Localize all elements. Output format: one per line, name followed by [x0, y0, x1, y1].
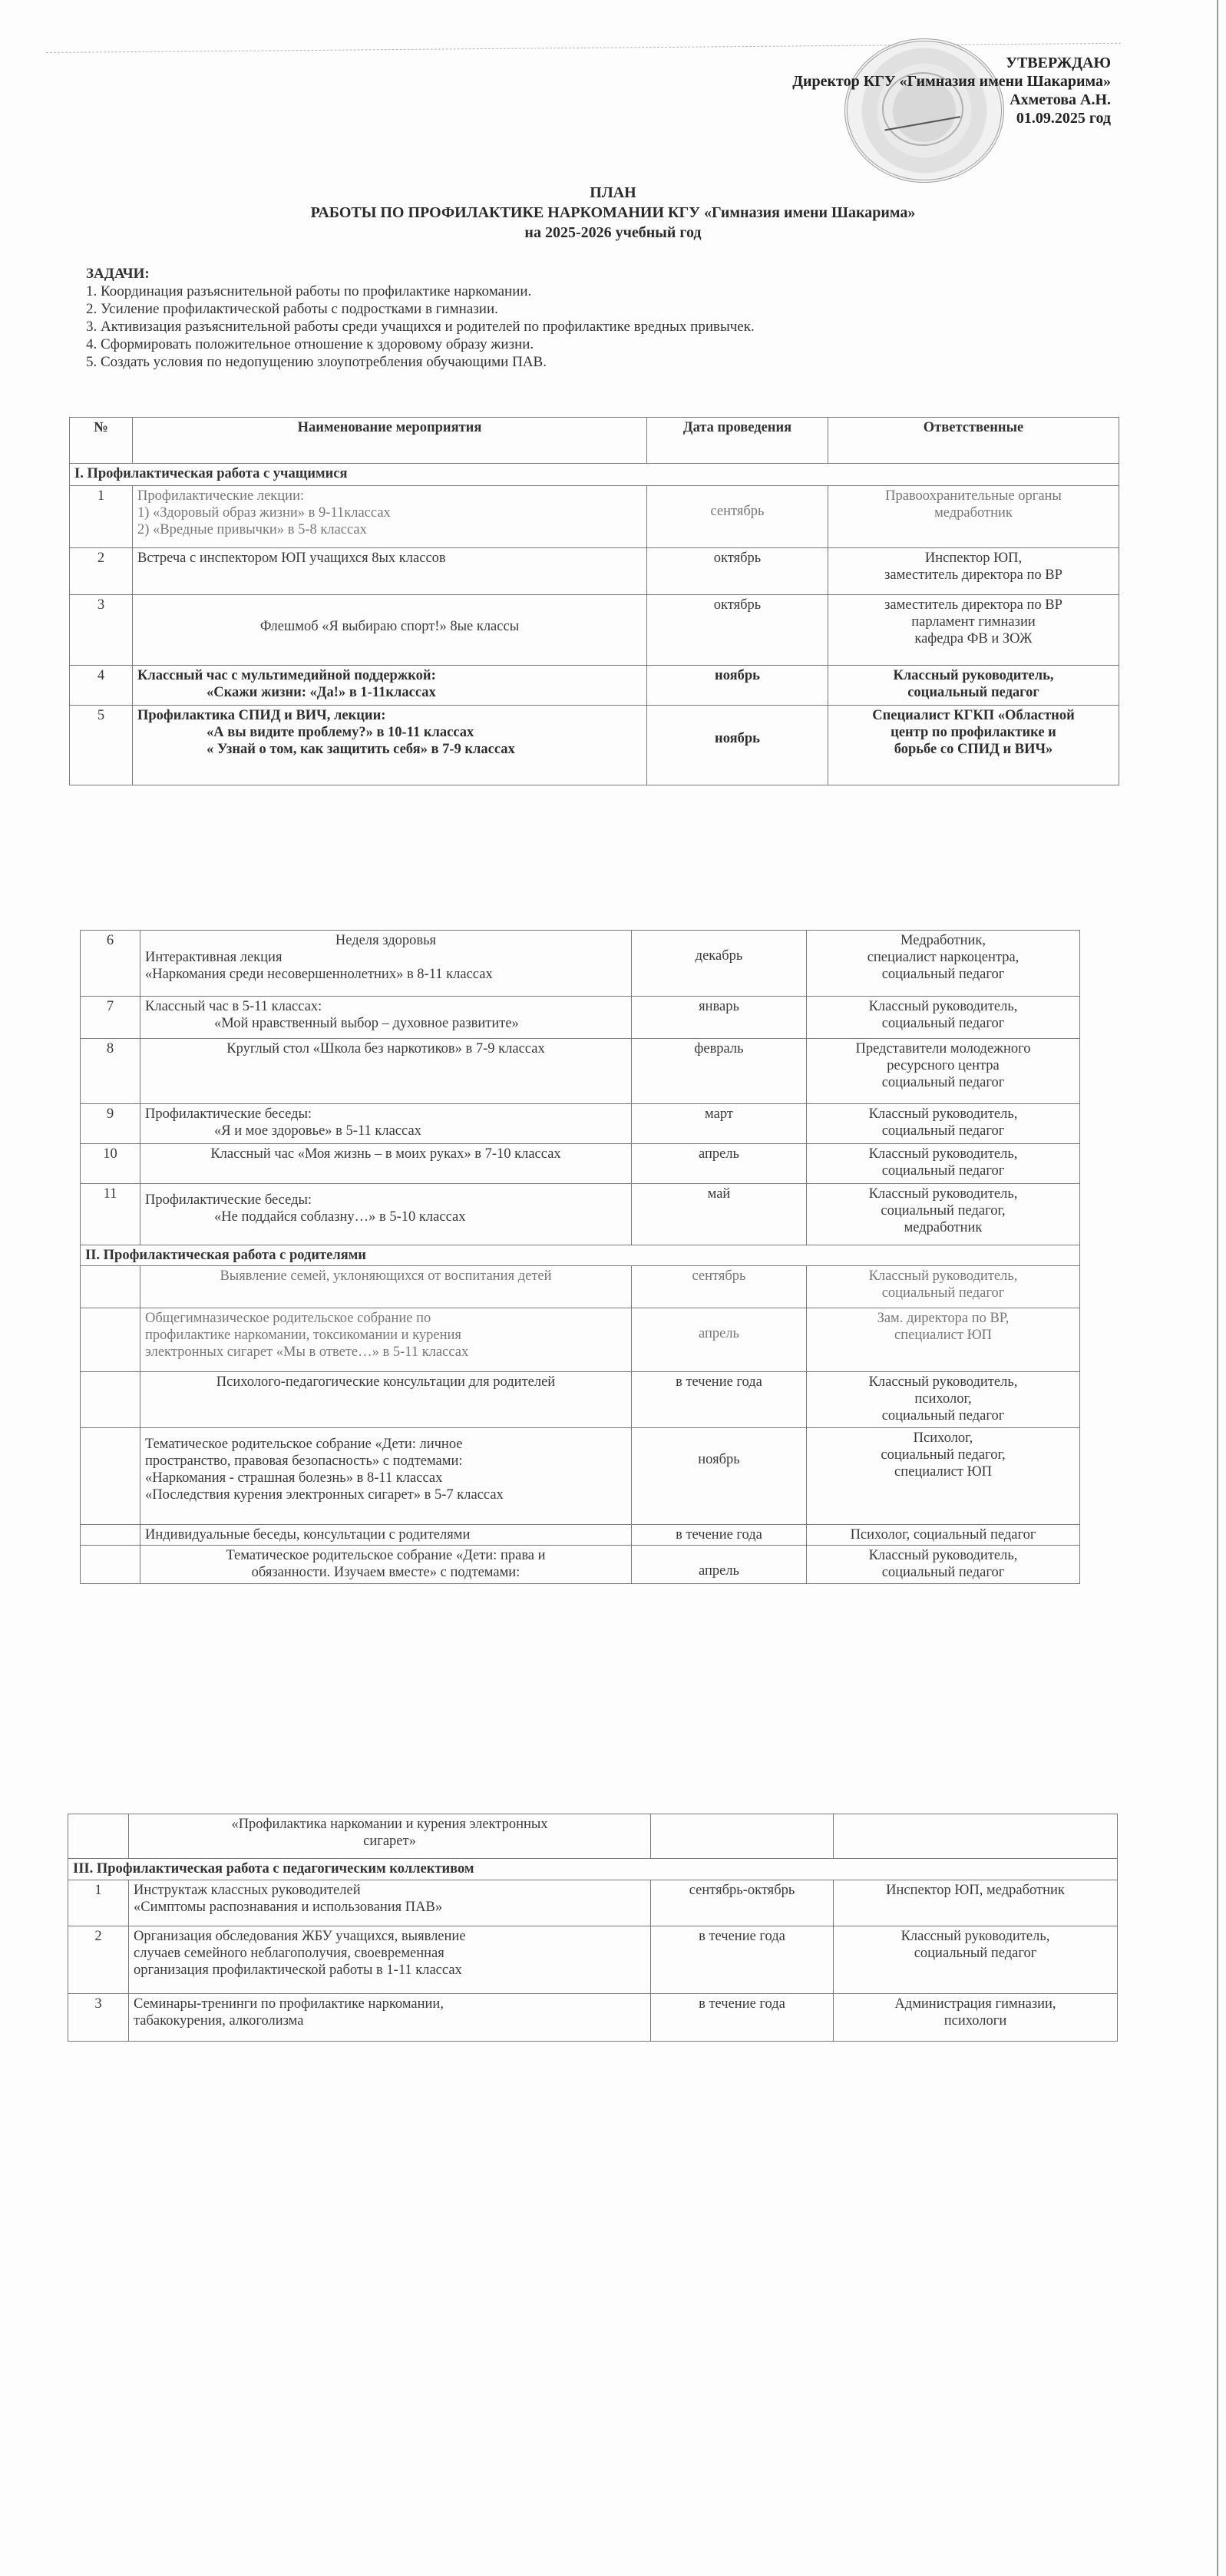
event-name-line: «Симптомы распознавания и использования … [134, 1899, 646, 1916]
table-row: 7Классный час в 5-11 классах:«Мой нравст… [81, 997, 1080, 1039]
event-name-line: пространство, правовая безопасность» с п… [145, 1453, 626, 1470]
responsible-line: психологи [838, 2012, 1112, 2029]
event-name-line: Индивидуальные беседы, консультации с ро… [145, 1526, 626, 1543]
responsible-line: Психолог, социальный педагог [811, 1526, 1075, 1543]
row-number: 3 [68, 1994, 129, 2042]
table-row: Тематическое родительское собрание «Дети… [81, 1428, 1080, 1525]
row-number: 2 [68, 1926, 129, 1994]
event-date: сентябрь-октябрь [651, 1880, 834, 1926]
responsible-line: социальный педагог [811, 1015, 1075, 1032]
responsible-line: Классный руководитель, [838, 1928, 1112, 1945]
responsible-line: Специалист КГКП «Областной [833, 707, 1114, 724]
event-name-line: Общегимназическое родительское собрание … [145, 1310, 626, 1327]
doc-subtitle: РАБОТЫ ПО ПРОФИЛАКТИКЕ НАРКОМАНИИ КГУ «Г… [0, 204, 1226, 222]
event-responsible: Классный руководитель,социальный педагог [807, 997, 1080, 1039]
event-responsible: Специалист КГКП «Областнойцентр по профи… [828, 706, 1119, 785]
responsible-line: парламент гимназии [833, 613, 1114, 630]
event-name-line: электронных сигарет «Мы в ответе…» в 5-1… [145, 1344, 626, 1361]
responsible-line: социальный педагог, [811, 1447, 1075, 1463]
table-row: 2Встреча с инспектором ЮП учащихся 8ых к… [70, 548, 1119, 595]
event-responsible: Классный руководитель,социальный педагог [828, 666, 1119, 706]
responsible-line: центр по профилактике и [833, 724, 1114, 741]
event-name-line: «А вы видите проблему?» в 10-11 классах [137, 724, 642, 741]
row-number: 7 [81, 997, 140, 1039]
task-item: 3. Активизация разъяснительной работы ср… [86, 318, 755, 336]
event-name-line: Организация обследования ЖБУ учащихся, в… [134, 1928, 646, 1945]
responsible-line: заместитель директора по ВР [833, 597, 1114, 613]
row-number [81, 1525, 140, 1546]
table-row: 5Профилактика СПИД и ВИЧ, лекции:«А вы в… [70, 706, 1119, 785]
event-name: Профилактика СПИД и ВИЧ, лекции:«А вы ви… [133, 706, 647, 785]
row-number: 1 [70, 486, 133, 548]
section-row: I. Профилактическая работа с учащимися [70, 464, 1119, 486]
task-item: 2. Усиление профилактической работы с по… [86, 300, 755, 318]
event-date: апрель [632, 1546, 807, 1584]
event-date: в течение года [651, 1994, 834, 2042]
event-responsible: Психолог,социальный педагог,специалист Ю… [807, 1428, 1080, 1525]
event-date: апрель [632, 1308, 807, 1372]
event-name-line: случаев семейного неблагополучия, своевр… [134, 1945, 646, 1962]
table-row: 6Неделя здоровьяИнтерактивная лекция«Нар… [81, 931, 1080, 997]
event-date: ноябрь [647, 666, 828, 706]
event-responsible: Классный руководитель,психолог,социальны… [807, 1372, 1080, 1428]
event-name-line: 1) «Здоровый образ жизни» в 9-11классах [137, 504, 642, 521]
event-name-line: «Наркомания - страшная болезнь» в 8-11 к… [145, 1470, 626, 1486]
row-number [81, 1308, 140, 1372]
responsible-line: социальный педагог [811, 1162, 1075, 1179]
approval-position: Директор КГУ «Гимназия имени Шакарима» [792, 72, 1111, 91]
table-row: 11Профилактические беседы:«Не поддайся с… [81, 1184, 1080, 1245]
event-responsible: Классный руководитель,социальный педагог [807, 1104, 1080, 1144]
table-row: 4Классный час с мультимедийной поддержко… [70, 666, 1119, 706]
row-number: 6 [81, 931, 140, 997]
section-students: I. Профилактическая работа с учащимися [70, 464, 1119, 486]
row-number: 3 [70, 595, 133, 666]
event-name-line: «Не поддайся соблазну…» в 5-10 классах [145, 1209, 626, 1225]
row-number [81, 1372, 140, 1428]
event-responsible: Инспектор ЮП,заместитель директора по ВР [828, 548, 1119, 595]
event-responsible: Классный руководитель,социальный педагог [807, 1144, 1080, 1184]
table-row: Тематическое родительское собрание «Дети… [81, 1546, 1080, 1584]
responsible-line: кафедра ФВ и ЗОЖ [833, 630, 1114, 647]
event-name-line: Семинары-тренинги по профилактике нарком… [134, 1996, 646, 2012]
event-name: Психолого-педагогические консультации дл… [140, 1372, 632, 1428]
responsible-line: Классный руководитель, [833, 667, 1114, 684]
event-name-line: «Я и мое здоровье» в 5-11 классах [145, 1123, 626, 1139]
row-number [81, 1546, 140, 1584]
task-item: 4. Сформировать положительное отношение … [86, 336, 755, 353]
event-name: Семинары-тренинги по профилактике нарком… [129, 1994, 651, 2042]
event-responsible: Медработник,специалист наркоцентра,социа… [807, 931, 1080, 997]
event-date: декабрь [632, 931, 807, 997]
event-responsible: Администрация гимназии,психологи [834, 1994, 1118, 2042]
col-header-name: Наименование мероприятия [133, 418, 647, 464]
col-header-num: № [70, 418, 133, 464]
table-header-row: № Наименование мероприятия Дата проведен… [70, 418, 1119, 464]
event-name: Тематическое родительское собрание «Дети… [140, 1546, 632, 1584]
event-name: Классный час «Моя жизнь – в моих руках» … [140, 1144, 632, 1184]
row-number [68, 1814, 129, 1859]
responsible-line: социальный педагог [811, 1074, 1075, 1091]
event-name-line: «Мой нравственный выбор – духовное разви… [145, 1015, 626, 1032]
event-name: Общегимназическое родительское собрание … [140, 1308, 632, 1372]
event-name-line: профилактике наркомании, токсикомании и … [145, 1327, 626, 1344]
table-row: 9Профилактические беседы:«Я и мое здоров… [81, 1104, 1080, 1144]
event-name-line: «Профилактика наркомании и курения элект… [134, 1816, 646, 1833]
table-row: 3Семинары-тренинги по профилактике нарко… [68, 1994, 1118, 2042]
responsible-line: социальный педагог [811, 1123, 1075, 1139]
event-date: в течение года [632, 1525, 807, 1546]
event-name: Профилактические лекции:1) «Здоровый обр… [133, 486, 647, 548]
event-name-line: Тематическое родительское собрание «Дети… [145, 1547, 626, 1564]
event-date: октябрь [647, 595, 828, 666]
event-responsible: Инспектор ЮП, медработник [834, 1880, 1118, 1926]
table-row: 3Флешмоб «Я выбираю спорт!» 8ые классыок… [70, 595, 1119, 666]
event-responsible: Классный руководитель,социальный педагог [807, 1546, 1080, 1584]
row-number: 1 [68, 1880, 129, 1926]
event-name-line: Встреча с инспектором ЮП учащихся 8ых кл… [137, 550, 642, 567]
scan-page-edge [1217, 0, 1218, 2576]
event-date [651, 1814, 834, 1859]
event-name: «Профилактика наркомании и курения элект… [129, 1814, 651, 1859]
event-date: февраль [632, 1039, 807, 1104]
event-date: апрель [632, 1144, 807, 1184]
approval-block: УТВЕРЖДАЮ Директор КГУ «Гимназия имени Ш… [792, 54, 1111, 127]
table-row: 8Круглый стол «Школа без наркотиков» в 7… [81, 1039, 1080, 1104]
event-name-line: Классный час в 5-11 классах: [145, 998, 626, 1015]
responsible-line: Правоохранительные органы [833, 488, 1114, 504]
event-name-line: Классный час с мультимедийной поддержкой… [137, 667, 642, 684]
event-date: октябрь [647, 548, 828, 595]
event-name-line: Флешмоб «Я выбираю спорт!» 8ые классы [137, 618, 642, 635]
table-row: 1Инструктаж классных руководителей«Симпт… [68, 1880, 1118, 1926]
event-name-line: Психолого-педагогические консультации дл… [145, 1374, 626, 1391]
event-name: Профилактические беседы:«Я и мое здоровь… [140, 1104, 632, 1144]
responsible-line: медработник [811, 1219, 1075, 1236]
event-name-line: сигарет» [134, 1833, 646, 1850]
event-name-line: « Узнай о том, как защитить себя» в 7-9 … [137, 741, 642, 758]
event-name-line: Выявление семей, уклоняющихся от воспита… [145, 1268, 626, 1285]
event-date: март [632, 1104, 807, 1144]
event-name-line: «Наркомания среди несовершеннолетних» в … [145, 966, 626, 983]
plan-table-page-3: «Профилактика наркомании и курения элект… [68, 1814, 1118, 2042]
tasks-header: ЗАДАЧИ: [86, 265, 755, 283]
section-row: III. Профилактическая работа с педагогич… [68, 1859, 1118, 1880]
event-responsible: Классный руководитель,социальный педагог [834, 1926, 1118, 1994]
event-date: ноябрь [632, 1428, 807, 1525]
row-number: 8 [81, 1039, 140, 1104]
table-row: 1Профилактические лекции:1) «Здоровый об… [70, 486, 1119, 548]
event-date: ноябрь [647, 706, 828, 785]
event-name: Встреча с инспектором ЮП учащихся 8ых кл… [133, 548, 647, 595]
responsible-line: психолог, [811, 1391, 1075, 1407]
table-row: Общегимназическое родительское собрание … [81, 1308, 1080, 1372]
responsible-line: специалист ЮП [811, 1327, 1075, 1344]
event-date: в течение года [651, 1926, 834, 1994]
plan-table-page-1: № Наименование мероприятия Дата проведен… [69, 417, 1119, 785]
event-responsible: Классный руководитель,социальный педагог… [807, 1184, 1080, 1245]
responsible-line: социальный педагог [833, 684, 1114, 701]
event-name-line: 2) «Вредные привычки» в 5-8 классах [137, 521, 642, 538]
responsible-line: Психолог, [811, 1430, 1075, 1447]
event-name-line: организация профилактической работы в 1-… [134, 1962, 646, 1979]
table-row: 2Организация обследования ЖБУ учащихся, … [68, 1926, 1118, 1994]
responsible-line: социальный педагог [811, 1285, 1075, 1301]
event-name-line: Профилактические лекции: [137, 488, 642, 504]
responsible-line: социальный педагог [811, 1564, 1075, 1581]
responsible-line: социальный педагог [811, 966, 1075, 983]
event-name-line: табакокурения, алкоголизма [134, 2012, 646, 2029]
responsible-line: Классный руководитель, [811, 1547, 1075, 1564]
responsible-line: ресурсного центра [811, 1057, 1075, 1074]
event-responsible: Правоохранительные органымедработник [828, 486, 1119, 548]
event-name-line: Профилактика СПИД и ВИЧ, лекции: [137, 707, 642, 724]
event-name: Классный час в 5-11 классах:«Мой нравств… [140, 997, 632, 1039]
section-parents: II. Профилактическая работа с родителями [81, 1245, 1080, 1266]
responsible-line: специалист наркоцентра, [811, 949, 1075, 966]
row-number: 5 [70, 706, 133, 785]
event-name-line: Профилактические беседы: [145, 1192, 626, 1209]
event-name: Неделя здоровьяИнтерактивная лекция«Нарк… [140, 931, 632, 997]
responsible-line: социальный педагог, [811, 1202, 1075, 1219]
event-responsible [834, 1814, 1118, 1859]
event-date: в течение года [632, 1372, 807, 1428]
event-name: Индивидуальные беседы, консультации с ро… [140, 1525, 632, 1546]
responsible-line: Представители молодежного [811, 1040, 1075, 1057]
section-row: II. Профилактическая работа с родителями [81, 1245, 1080, 1266]
event-date: сентябрь [647, 486, 828, 548]
row-number: 4 [70, 666, 133, 706]
responsible-line: специалист ЮП [811, 1463, 1075, 1480]
responsible-line: Инспектор ЮП, медработник [838, 1882, 1112, 1899]
event-name: Выявление семей, уклоняющихся от воспита… [140, 1266, 632, 1308]
row-number [81, 1428, 140, 1525]
event-name: Профилактические беседы:«Не поддайся соб… [140, 1184, 632, 1245]
event-responsible: Классный руководитель,социальный педагог [807, 1266, 1080, 1308]
approval-label: УТВЕРЖДАЮ [792, 54, 1111, 72]
plan-table-page-2: 6Неделя здоровьяИнтерактивная лекция«Нар… [80, 930, 1080, 1584]
row-number: 10 [81, 1144, 140, 1184]
responsible-line: Классный руководитель, [811, 1185, 1075, 1202]
responsible-line: заместитель директора по ВР [833, 567, 1114, 584]
row-number: 2 [70, 548, 133, 595]
table-row: Выявление семей, уклоняющихся от воспита… [81, 1266, 1080, 1308]
table-row: 10Классный час «Моя жизнь – в моих руках… [81, 1144, 1080, 1184]
responsible-line: Классный руководитель, [811, 1106, 1075, 1123]
event-name-line: Профилактические беседы: [145, 1106, 626, 1123]
responsible-line: социальный педагог [811, 1407, 1075, 1424]
row-number: 9 [81, 1104, 140, 1144]
event-responsible: Зам. директора по ВР,специалист ЮП [807, 1308, 1080, 1372]
event-name-line: «Последствия курения электронных сигарет… [145, 1486, 626, 1503]
tasks-list: ЗАДАЧИ: 1. Координация разъяснительной р… [86, 265, 755, 371]
event-responsible: Психолог, социальный педагог [807, 1525, 1080, 1546]
responsible-line: Классный руководитель, [811, 1268, 1075, 1285]
row-number: 11 [81, 1184, 140, 1245]
event-name: Круглый стол «Школа без наркотиков» в 7-… [140, 1039, 632, 1104]
responsible-line: Классный руководитель, [811, 998, 1075, 1015]
event-name: Тематическое родительское собрание «Дети… [140, 1428, 632, 1525]
event-name-line: Неделя здоровья [145, 932, 626, 949]
col-header-resp: Ответственные [828, 418, 1119, 464]
row-number [81, 1266, 140, 1308]
responsible-line: Инспектор ЮП, [833, 550, 1114, 567]
task-item: 1. Координация разъяснительной работы по… [86, 283, 755, 300]
responsible-line: медработник [833, 504, 1114, 521]
approval-date: 01.09.2025 год [792, 109, 1111, 127]
event-name-line: Интерактивная лекция [145, 949, 626, 966]
approval-name: Ахметова А.Н. [792, 91, 1111, 109]
event-name-line: Круглый стол «Школа без наркотиков» в 7-… [145, 1040, 626, 1057]
event-name-line: Инструктаж классных руководителей [134, 1882, 646, 1899]
event-date: январь [632, 997, 807, 1039]
event-responsible: заместитель директора по ВРпарламент гим… [828, 595, 1119, 666]
table-row: «Профилактика наркомании и курения элект… [68, 1814, 1118, 1859]
doc-year: на 2025-2026 учебный год [0, 224, 1226, 242]
responsible-line: Классный руководитель, [811, 1146, 1075, 1162]
event-date: май [632, 1184, 807, 1245]
responsible-line: социальный педагог [838, 1945, 1112, 1962]
event-name: Инструктаж классных руководителей«Симпто… [129, 1880, 651, 1926]
event-name: Флешмоб «Я выбираю спорт!» 8ые классы [133, 595, 647, 666]
event-name-line: «Скажи жизни: «Да!» в 1-11классах [137, 684, 642, 701]
table-row: Психолого-педагогические консультации дл… [81, 1372, 1080, 1428]
table-row: Индивидуальные беседы, консультации с ро… [81, 1525, 1080, 1546]
event-name-line: обязанности. Изучаем вместе» с подтемами… [145, 1564, 626, 1581]
event-date: сентябрь [632, 1266, 807, 1308]
responsible-line: Зам. директора по ВР, [811, 1310, 1075, 1327]
event-name: Классный час с мультимедийной поддержкой… [133, 666, 647, 706]
event-name: Организация обследования ЖБУ учащихся, в… [129, 1926, 651, 1994]
responsible-line: Классный руководитель, [811, 1374, 1075, 1391]
responsible-line: Администрация гимназии, [838, 1996, 1112, 2012]
section-teachers: III. Профилактическая работа с педагогич… [68, 1859, 1118, 1880]
responsible-line: борьбе со СПИД и ВИЧ» [833, 741, 1114, 758]
col-header-date: Дата проведения [647, 418, 828, 464]
doc-title: ПЛАН [0, 184, 1226, 202]
event-name-line: Классный час «Моя жизнь – в моих руках» … [145, 1146, 626, 1162]
event-responsible: Представители молодежногоресурсного цент… [807, 1039, 1080, 1104]
event-name-line: Тематическое родительское собрание «Дети… [145, 1436, 626, 1453]
responsible-line: Медработник, [811, 932, 1075, 949]
task-item: 5. Создать условия по недопущению злоупо… [86, 353, 755, 371]
